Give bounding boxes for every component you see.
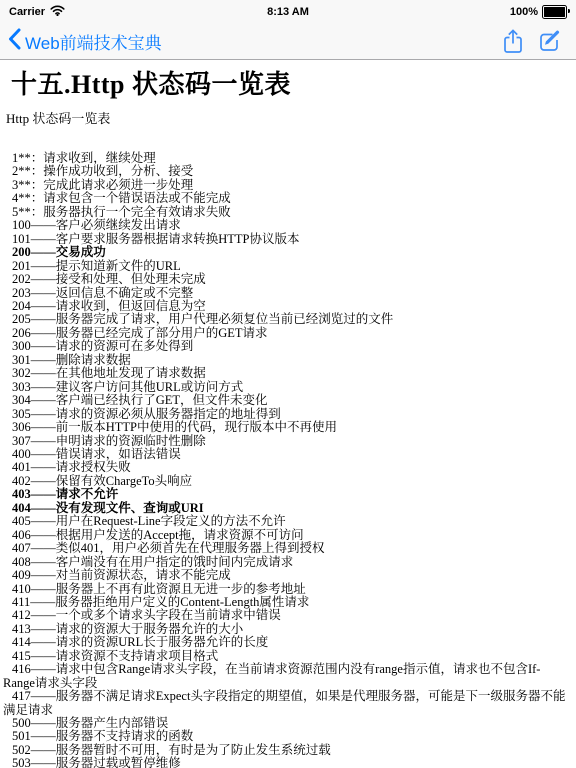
status-list: 1**：请求收到，继续处理2**：操作成功收到，分析、接受3**：完成此请求必须… bbox=[3, 152, 568, 768]
battery-icon bbox=[542, 5, 567, 19]
clock: 8:13 AM bbox=[0, 6, 576, 18]
page-title: 十五.Http 状态码一览表 bbox=[11, 69, 568, 101]
status-bar: Carrier 8:13 AM 100% bbox=[0, 0, 576, 24]
status-entry: 401——请求授权失败 bbox=[3, 461, 568, 474]
share-button[interactable] bbox=[503, 29, 523, 54]
status-entry: 409——对当前资源状态，请求不能完成 bbox=[3, 569, 568, 582]
status-entry: 414——请求的资源URL长于服务器允许的长度 bbox=[3, 636, 568, 649]
back-button-label: Web前端技术宝典 bbox=[25, 29, 162, 54]
status-entry: 403——请求不允许 bbox=[3, 488, 568, 501]
status-entry: 306——前一版本HTTP中使用的代码，现行版本中不再使用 bbox=[3, 421, 568, 434]
document-content[interactable]: 十五.Http 状态码一览表 Http 状态码一览表 1**：请求收到，继续处理… bbox=[0, 69, 576, 768]
chevron-left-icon bbox=[8, 28, 21, 55]
page-subtitle: Http 状态码一览表 bbox=[6, 111, 568, 126]
status-entry: 302——在其他地址发现了请求数据 bbox=[3, 367, 568, 380]
status-entry: 407——类似401，用户必须首先在代理服务器上得到授权 bbox=[3, 542, 568, 555]
status-entry: 412——一个或多个请求头字段在当前请求中错误 bbox=[3, 609, 568, 622]
nav-bar: Web前端技术宝典 bbox=[0, 24, 576, 59]
status-entry: 417——服务器不满足请求Expect头字段指定的期望值，如果是代理服务器，可能… bbox=[3, 690, 568, 717]
status-entry: 100——客户必须继续发出请求 bbox=[3, 219, 568, 232]
status-entry: 4**：请求包含一个错误语法或不能完成 bbox=[3, 192, 568, 205]
status-entry: 202——接受和处理、但处理未完成 bbox=[3, 273, 568, 286]
status-entry: 203——返回信息不确定或不完整 bbox=[3, 287, 568, 300]
status-entry: 205——服务器完成了请求，用户代理必须复位当前已经浏览过的文件 bbox=[3, 313, 568, 326]
status-entry: 416——请求中包含Range请求头字段，在当前请求资源范围内没有range指示… bbox=[3, 663, 568, 690]
top-chrome: Carrier 8:13 AM 100% Web前端技术宝典 bbox=[0, 0, 576, 60]
status-entry: 2**：操作成功收到，分析、接受 bbox=[3, 165, 568, 178]
status-entry: 300——请求的资源可在多处得到 bbox=[3, 340, 568, 353]
status-entry: 501——服务器不支持请求的函数 bbox=[3, 730, 568, 743]
compose-button[interactable] bbox=[539, 30, 562, 53]
status-entry: 405——用户在Request-Line字段定义的方法不允许 bbox=[3, 515, 568, 528]
status-entry: 200——交易成功 bbox=[3, 246, 568, 259]
back-button[interactable]: Web前端技术宝典 bbox=[8, 28, 162, 55]
status-entry: 410——服务器上不再有此资源且无进一步的参考地址 bbox=[3, 583, 568, 596]
status-entry: 503——服务器过载或暂停维修 bbox=[3, 757, 568, 768]
status-entry: 304——客户端已经执行了GET，但文件未变化 bbox=[3, 394, 568, 407]
status-entry: 307——申明请求的资源临时性删除 bbox=[3, 435, 568, 448]
